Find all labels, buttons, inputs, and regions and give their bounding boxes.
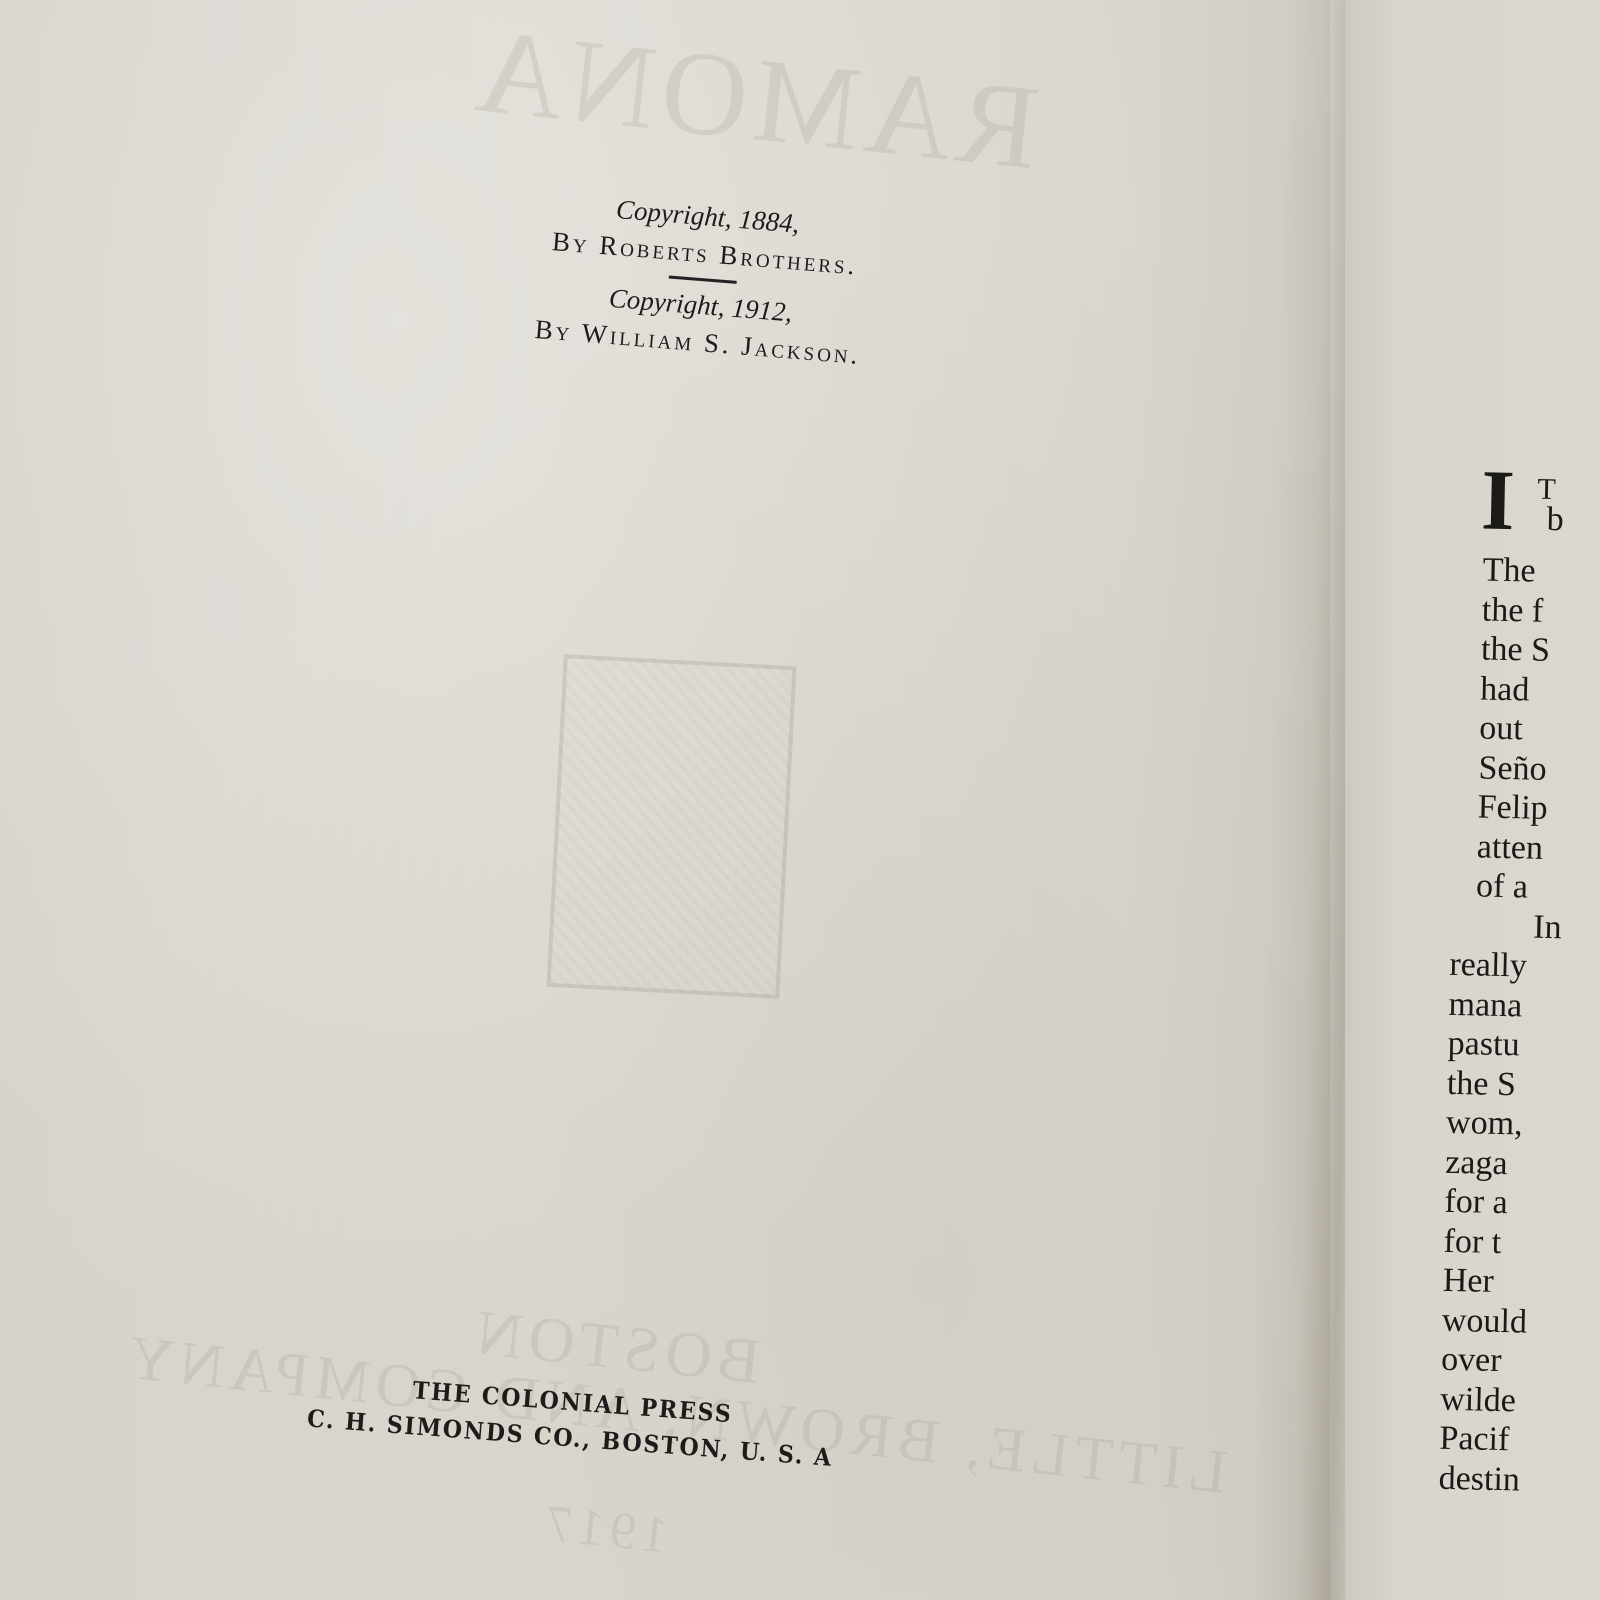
text-line: Her [1442,1261,1554,1303]
book-spread: RAMONA BOSTON LITTLE, BROWN, AND COMPANY… [0,0,1600,1600]
text-line: for t [1443,1221,1555,1263]
text-line: destin [1438,1458,1550,1500]
text-line: the f [1481,590,1568,631]
right-page-body-text: I T b The the f the S had out Seño Felip… [1438,460,1571,1500]
text-line: The [1482,551,1569,592]
text-line: atten [1476,827,1563,868]
faded-stamp-mark [546,654,796,999]
show-through-title: RAMONA [464,1,1045,198]
text-line: Pacif [1439,1419,1551,1461]
copyright-block: Copyright, 1884, By Roberts Brothers. Co… [467,180,939,379]
text-line: Felip [1477,787,1564,828]
drop-cap-letter: I [1480,456,1515,543]
text-line: wom, [1446,1103,1558,1145]
text-line: would [1442,1300,1554,1342]
text-line: had [1480,669,1567,710]
drop-cap-block: I T b [1458,460,1571,552]
divider-rule [669,275,737,283]
text-line: Seño [1478,748,1565,789]
first-line-tail: b [1546,500,1564,540]
text-line: really [1449,945,1561,987]
text-line: for a [1444,1182,1556,1224]
text-line: pastu [1447,1024,1559,1066]
text-line: zaga [1445,1142,1557,1184]
text-line: of a [1476,866,1563,907]
text-line: In [1475,906,1562,947]
left-page: RAMONA BOSTON LITTLE, BROWN, AND COMPANY… [0,0,1330,1600]
text-line: wilde [1440,1379,1552,1421]
text-line: out [1479,708,1566,749]
text-line: the S [1481,629,1568,670]
text-line: the S [1447,1063,1559,1105]
text-line: over [1441,1340,1553,1382]
text-line: mana [1448,984,1560,1026]
show-through-year: 1917 [537,1493,670,1565]
